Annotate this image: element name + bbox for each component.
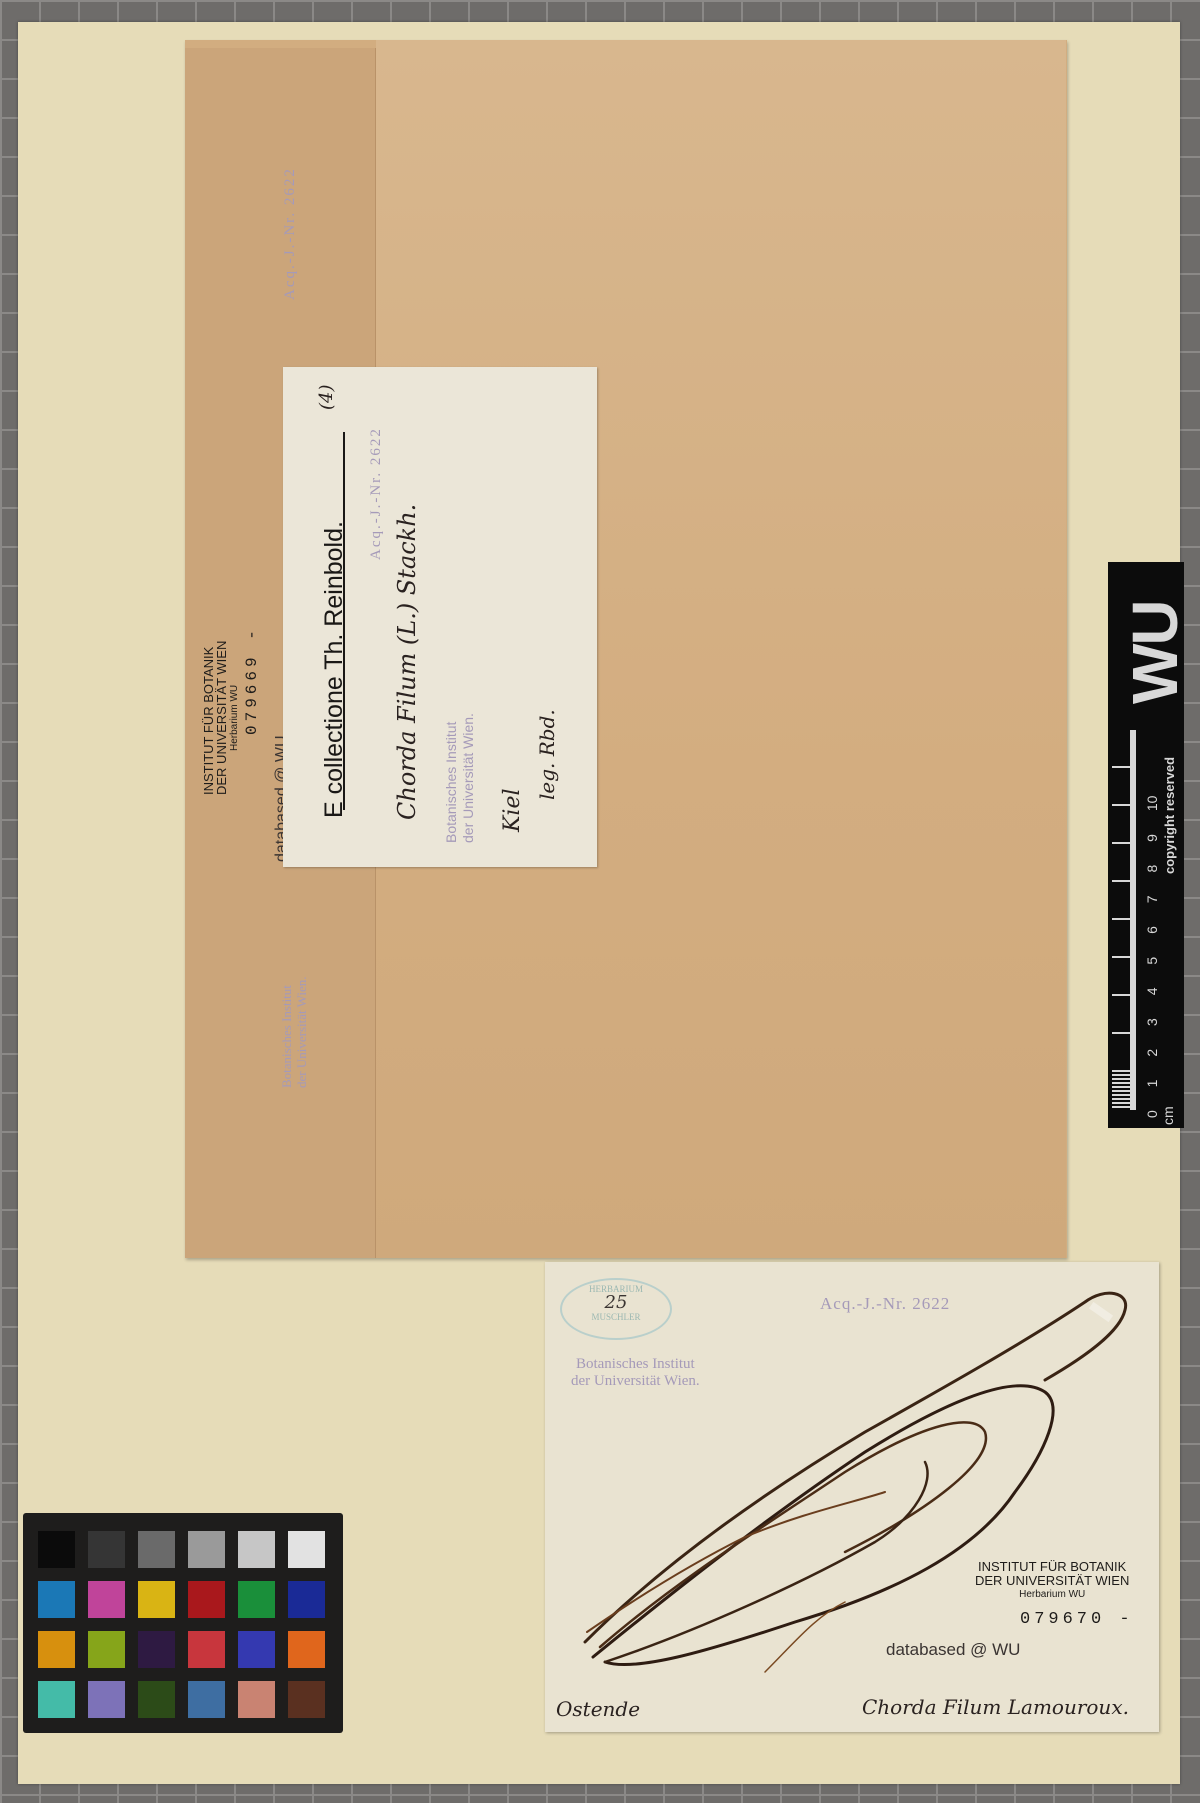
color-swatch — [188, 1581, 225, 1618]
color-swatch — [88, 1581, 125, 1618]
botanisches-line2: der Universität Wien. — [460, 713, 477, 843]
unit-label: cm — [1160, 1106, 1176, 1125]
ruler-strip — [1112, 730, 1136, 1110]
barcode-number-specimen: 079670 - — [1020, 1610, 1134, 1629]
color-swatch — [138, 1581, 175, 1618]
acq-stamp-label: Acq.-J.-Nr. 2622 — [368, 427, 385, 560]
algae-specimen — [545, 1262, 1159, 1732]
color-swatch — [38, 1631, 75, 1668]
ruler-ticks: 0 1 2 3 4 5 6 7 8 9 10 — [1144, 796, 1160, 1118]
color-swatch — [238, 1581, 275, 1618]
locality-handwritten: Kiel — [500, 788, 525, 832]
number-mark: (4) — [316, 385, 337, 411]
copyright-text: copyright reserved — [1162, 757, 1177, 874]
color-swatch — [288, 1531, 325, 1568]
color-swatch — [288, 1681, 325, 1718]
locality-ostende: Ostende — [556, 1697, 640, 1721]
herbarium-line: Herbarium WU — [228, 641, 241, 795]
taxon-chorda-filum: Chorda Filum Lamouroux. — [862, 1695, 1129, 1719]
scale-bar: WU 0 1 2 3 4 5 6 7 8 9 10 cm copyright r… — [1108, 562, 1184, 1128]
color-swatch — [38, 1681, 75, 1718]
botanisches-line2: der Universität Wien. — [294, 976, 309, 1088]
collector-handwritten: leg. Rbd. — [535, 709, 559, 800]
botanisches-line1: Botanisches Institut — [279, 976, 294, 1088]
institut-stamp-flap: INSTITUT FÜR BOTANIK DER UNIVERSITÄT WIE… — [202, 641, 241, 795]
color-swatch — [38, 1531, 75, 1568]
title-underline — [343, 432, 345, 810]
color-swatch — [238, 1631, 275, 1668]
barcode-number-flap: 079669 - — [243, 626, 261, 735]
color-swatch — [138, 1631, 175, 1668]
color-swatch — [88, 1531, 125, 1568]
databased-stamp-specimen: databased @ WU — [886, 1640, 1020, 1660]
color-swatch — [38, 1581, 75, 1618]
color-swatch — [88, 1681, 125, 1718]
institut-stamp-specimen: INSTITUT FÜR BOTANIK DER UNIVERSITÄT WIE… — [975, 1560, 1129, 1602]
color-swatch — [288, 1631, 325, 1668]
botanisches-stamp-label: Botanisches Institut der Universität Wie… — [443, 713, 477, 843]
color-swatch — [138, 1531, 175, 1568]
color-swatch — [238, 1681, 275, 1718]
taxon-handwritten: Chorda Filum (L.) Stackh. — [393, 504, 421, 820]
color-swatch — [188, 1631, 225, 1668]
color-swatch — [288, 1581, 325, 1618]
color-swatch — [88, 1631, 125, 1668]
wu-logo: WU — [1118, 601, 1192, 704]
botanisches-stamp-flap: Botanisches Institut der Universität Wie… — [279, 976, 309, 1088]
color-swatch — [238, 1531, 275, 1568]
color-swatch — [188, 1681, 225, 1718]
acq-stamp-flap: Acq.-J.-Nr. 2622 — [282, 167, 299, 300]
color-swatch — [188, 1531, 225, 1568]
botanisches-line1: Botanisches Institut — [443, 713, 460, 843]
institut-line2: DER UNIVERSITÄT WIEN — [215, 641, 228, 795]
color-swatch — [138, 1681, 175, 1718]
